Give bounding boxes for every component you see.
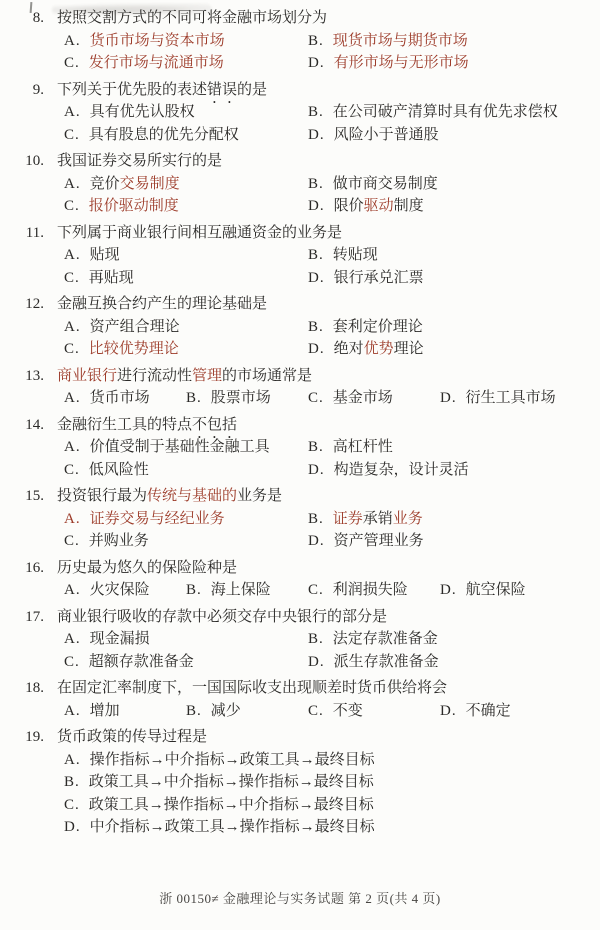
text-run: 进行流动性 (117, 368, 192, 384)
option-D: D.不确定 (440, 700, 511, 723)
option-label: A. (64, 176, 81, 192)
text-run: 传统与基础的 (147, 488, 237, 504)
question-title: 我国证券交易所实行的是 (57, 150, 222, 173)
option-label: D. (308, 654, 325, 670)
question-19: 19.货币政策的传导过程是A.操作指标→中介指标→政策工具→最终目标B.政策工具… (0, 726, 600, 839)
question-title-line: 9.下列关于优先股的表述错误的是 (0, 79, 600, 102)
option-label: A. (64, 582, 81, 598)
text-run: 报价驱动制度 (89, 198, 179, 214)
text-run: 有形市场与无形市场 (334, 55, 469, 71)
option-label: A. (64, 752, 81, 768)
question-title-line: 14.金融衍生工具的特点不包括 (0, 414, 600, 437)
question-9: 9.下列关于优先股的表述错误的是A.具有优先认股权B.在公司破产清算时具有优先求… (0, 79, 600, 147)
option-D: D.派生存款准备金 (308, 651, 439, 674)
footer-text: 浙 00150≠ 金融理论与实务试题 第 2 页(共 4 页) (159, 891, 441, 906)
text-run: 按照交割方式的不同可将金融市场划分为 (57, 10, 327, 26)
text-run: 投资银行最为 (57, 488, 147, 504)
options-line: D.中介指标→政策工具→操作指标→最终目标 (0, 816, 600, 839)
option-C: C.不变 (308, 700, 363, 723)
text-run: 在公司破产清算时具有优先求偿权 (333, 104, 558, 120)
options-line: C.报价驱动制度D.限价驱动制度 (0, 195, 600, 218)
option-C: C.基金市场 (308, 387, 393, 410)
text-run: 理论 (394, 341, 424, 357)
text-run: 货币政策的传导过程是 (57, 729, 207, 745)
option-A: A.贴现 (64, 244, 120, 267)
text-run: 竞价 (90, 176, 120, 192)
option-label: A. (64, 247, 81, 263)
option-C: C.政策工具→操作指标→中介指标→最终目标 (64, 794, 374, 817)
option-label: D. (308, 462, 325, 478)
option-B: B.做市商交易制度 (308, 173, 438, 196)
option-A: A.现金漏损 (64, 628, 150, 651)
options-line: A.资产组合理论B.套利定价理论 (0, 316, 600, 339)
question-title-line: 10.我国证券交易所实行的是 (0, 150, 600, 173)
text-run: 历史最为悠久的保险险种是 (57, 560, 237, 576)
option-label: B. (308, 319, 324, 335)
text-run: 具有优先认股权 (90, 104, 195, 120)
option-D: D.限价驱动制度 (308, 195, 424, 218)
text-run: 火灾保险 (90, 582, 150, 598)
question-title-line: 12.金融互换合约产生的理论基础是 (0, 293, 600, 316)
option-A: A.价值受制于基础性金融工具 (64, 436, 270, 459)
option-label: D. (308, 270, 325, 286)
option-D: D.构造复杂，设计灵活 (308, 459, 469, 482)
options-line: C.比较优势理论D.绝对优势理论 (0, 338, 600, 361)
option-label: B. (186, 703, 202, 719)
question-title-line: 13.商业银行进行流动性管理的市场通常是 (0, 365, 600, 388)
text-run: 低风险性 (89, 462, 149, 478)
text-run: 不确定 (466, 703, 511, 719)
text-run: 利润损失险 (333, 582, 408, 598)
question-title-line: 8.按照交割方式的不同可将金融市场划分为 (0, 7, 600, 30)
option-C: C.比较优势理论 (64, 338, 179, 361)
text-run: 中介指标→政策工具→操作指标→最终目标 (90, 819, 375, 835)
question-title-line: 17.商业银行吸收的存款中必须交存中央银行的部分是 (0, 606, 600, 629)
option-label: C. (64, 462, 80, 478)
option-label: D. (440, 703, 457, 719)
question-title: 历史最为悠久的保险险种是 (57, 557, 237, 580)
text-run: 现金漏损 (90, 631, 150, 647)
options-line: A.货币市场与资本市场B.现货市场与期货市场 (0, 30, 600, 53)
question-number: 14. (0, 414, 44, 437)
question-title: 金融互换合约产生的理论基础是 (57, 293, 267, 316)
option-label: D. (308, 341, 325, 357)
options-line: C.政策工具→操作指标→中介指标→最终目标 (0, 794, 600, 817)
text-run: 不包括 (192, 417, 237, 433)
question-number: 11. (0, 222, 44, 245)
option-D: D.风险小于普通股 (308, 124, 439, 147)
option-C: C.报价驱动制度 (64, 195, 179, 218)
question-number: 10. (0, 150, 44, 173)
question-12: 12.金融互换合约产生的理论基础是A.资产组合理论B.套利定价理论C.比较优势理… (0, 293, 600, 361)
option-label: A. (64, 439, 81, 455)
option-label: C. (64, 654, 80, 670)
option-label: B. (308, 247, 324, 263)
option-label: D. (308, 533, 325, 549)
option-B: B.股票市场 (186, 387, 271, 410)
page-footer: 浙 00150≠ 金融理论与实务试题 第 2 页(共 4 页) (0, 888, 600, 906)
text-run: 资产管理业务 (334, 533, 424, 549)
option-A: A.具有优先认股权 (64, 101, 195, 124)
question-title-line: 11.下列属于商业银行间相互融通资金的业务是 (0, 222, 600, 245)
option-C: C.并购业务 (64, 530, 149, 553)
option-A: A.资产组合理论 (64, 316, 180, 339)
text-run: 下列属于商业银行间相互融通资金的业务是 (57, 225, 342, 241)
text-run: 构造复杂，设计灵活 (334, 462, 469, 478)
text-run: 转贴现 (333, 247, 378, 263)
options-line: C.并购业务D.资产管理业务 (0, 530, 600, 553)
option-label: B. (308, 104, 324, 120)
question-title: 商业银行吸收的存款中必须交存中央银行的部分是 (57, 606, 387, 629)
text-run: 再贴现 (89, 270, 134, 286)
question-11: 11.下列属于商业银行间相互融通资金的业务是A.贴现B.转贴现C.再贴现D.银行… (0, 222, 600, 290)
option-B: B.法定存款准备金 (308, 628, 438, 651)
text-run: 金融互换合约产生的理论基础是 (57, 296, 267, 312)
question-title: 下列属于商业银行间相互融通资金的业务是 (57, 222, 342, 245)
exam-page: 8.按照交割方式的不同可将金融市场划分为A.货币市场与资本市场B.现货市场与期货… (0, 0, 600, 839)
text-run: 衍生工具市场 (466, 390, 556, 406)
text-run: 管理 (192, 368, 222, 384)
option-label: C. (64, 127, 80, 143)
text-run: 制度 (394, 198, 424, 214)
option-label: A. (64, 390, 81, 406)
text-run: 交易制度 (120, 176, 180, 192)
option-A: A.竞价交易制度 (64, 173, 180, 196)
option-label: B. (64, 774, 80, 790)
text-run: 高杠杆性 (333, 439, 393, 455)
option-label: A. (64, 104, 81, 120)
option-label: C. (308, 582, 324, 598)
question-13: 13.商业银行进行流动性管理的市场通常是A.货币市场B.股票市场C.基金市场D.… (0, 365, 600, 410)
option-B: B.在公司破产清算时具有优先求偿权 (308, 101, 558, 124)
question-10: 10.我国证券交易所实行的是A.竞价交易制度B.做市商交易制度C.报价驱动制度D… (0, 150, 600, 218)
option-label: D. (440, 582, 457, 598)
option-label: C. (64, 341, 80, 357)
text-run: 我国证券交易所实行的是 (57, 153, 222, 169)
options-line: A.证券交易与经纪业务B.证券承销业务 (0, 508, 600, 531)
option-label: D. (308, 55, 325, 71)
option-label: C. (64, 533, 80, 549)
text-run: 限价 (334, 198, 364, 214)
option-B: B.现货市场与期货市场 (308, 30, 468, 53)
option-label: B. (308, 33, 324, 49)
option-D: D.中介指标→政策工具→操作指标→最终目标 (64, 816, 375, 839)
option-D: D.绝对优势理论 (308, 338, 424, 361)
question-number: 17. (0, 606, 44, 629)
option-label: A. (64, 631, 81, 647)
text-run: 资产组合理论 (90, 319, 180, 335)
option-A: A.火灾保险 (64, 579, 150, 602)
option-A: A.货币市场 (64, 387, 150, 410)
question-title-line: 19.货币政策的传导过程是 (0, 726, 600, 749)
option-C: C.超额存款准备金 (64, 651, 194, 674)
text-run: 做市商交易制度 (333, 176, 438, 192)
question-number: 13. (0, 365, 44, 388)
options-line: A.现金漏损B.法定存款准备金 (0, 628, 600, 651)
text-run: 风险小于普通股 (334, 127, 439, 143)
text-run: 基金市场 (333, 390, 393, 406)
text-run: 政策工具→中介指标→操作指标→最终目标 (89, 774, 374, 790)
question-title-line: 18.在固定汇率制度下，一国国际收支出现顺差时货币供给将会 (0, 677, 600, 700)
text-run: 的是 (237, 82, 267, 98)
question-8: 8.按照交割方式的不同可将金融市场划分为A.货币市场与资本市场B.现货市场与期货… (0, 7, 600, 75)
text-run: 现货市场与期货市场 (333, 33, 468, 49)
question-16: 16.历史最为悠久的保险险种是A.火灾保险B.海上保险C.利润损失险D.航空保险 (0, 557, 600, 602)
question-title: 按照交割方式的不同可将金融市场划分为 (57, 7, 327, 30)
option-label: C. (308, 703, 324, 719)
question-title-line: 16.历史最为悠久的保险险种是 (0, 557, 600, 580)
option-B: B.转贴现 (308, 244, 378, 267)
text-run: 海上保险 (211, 582, 271, 598)
option-B: B.减少 (186, 700, 241, 723)
options-line: A.贴现B.转贴现 (0, 244, 600, 267)
text-run: 比较优势理论 (89, 341, 179, 357)
option-D: D.银行承兑汇票 (308, 267, 424, 290)
text-run: 超额存款准备金 (89, 654, 194, 670)
text-run: 政策工具→操作指标→中介指标→最终目标 (89, 797, 374, 813)
option-A: A.增加 (64, 700, 120, 723)
option-C: C.发行市场与流通市场 (64, 52, 224, 75)
option-label: B. (186, 390, 202, 406)
option-B: B.证券承销业务 (308, 508, 423, 531)
options-line: B.政策工具→中介指标→操作指标→最终目标 (0, 771, 600, 794)
option-label: D. (64, 819, 81, 835)
text-run: 错误 (207, 82, 237, 98)
question-title-line: 15.投资银行最为传统与基础的业务是 (0, 485, 600, 508)
question-number: 19. (0, 726, 44, 749)
text-run: 承销 (363, 511, 393, 527)
question-title: 货币政策的传导过程是 (57, 726, 207, 749)
options-line: A.货币市场B.股票市场C.基金市场D.衍生工具市场 (0, 387, 600, 410)
text-run: 航空保险 (466, 582, 526, 598)
question-number: 9. (0, 79, 44, 102)
option-label: B. (308, 631, 324, 647)
option-label: B. (308, 176, 324, 192)
text-run: 业务 (393, 511, 423, 527)
question-number: 8. (0, 7, 44, 30)
text-run: 商业银行 (57, 368, 117, 384)
text-run: 优势 (364, 341, 394, 357)
option-label: C. (64, 198, 80, 214)
text-run: 发行市场与流通市场 (89, 55, 224, 71)
option-B: B.套利定价理论 (308, 316, 423, 339)
option-C: C.利润损失险 (308, 579, 408, 602)
option-A: A.证券交易与经纪业务 (64, 508, 225, 531)
option-D: D.衍生工具市场 (440, 387, 556, 410)
option-D: D.航空保险 (440, 579, 526, 602)
text-run: 操作指标→中介指标→政策工具→最终目标 (90, 752, 375, 768)
options-line: A.火灾保险B.海上保险C.利润损失险D.航空保险 (0, 579, 600, 602)
question-list: 8.按照交割方式的不同可将金融市场划分为A.货币市场与资本市场B.现货市场与期货… (0, 7, 600, 839)
option-D: D.资产管理业务 (308, 530, 424, 553)
question-15: 15.投资银行最为传统与基础的业务是A.证券交易与经纪业务B.证券承销业务C.并… (0, 485, 600, 553)
option-label: A. (64, 703, 81, 719)
options-line: A.价值受制于基础性金融工具B.高杠杆性 (0, 436, 600, 459)
option-C: C.再贴现 (64, 267, 134, 290)
options-line: C.发行市场与流通市场D.有形市场与无形市场 (0, 52, 600, 75)
text-run: 绝对 (334, 341, 364, 357)
option-B: B.政策工具→中介指标→操作指标→最终目标 (64, 771, 374, 794)
text-run: 证券 (333, 511, 363, 527)
question-title: 商业银行进行流动性管理的市场通常是 (57, 365, 312, 388)
option-label: D. (308, 127, 325, 143)
text-run: 价值受制于基础性金融工具 (90, 439, 270, 455)
question-number: 16. (0, 557, 44, 580)
text-run: 商业银行吸收的存款中必须交存中央银行的部分是 (57, 609, 387, 625)
option-label: D. (440, 390, 457, 406)
text-run: 驱动 (364, 198, 394, 214)
question-number: 15. (0, 485, 44, 508)
text-run: 的市场通常是 (222, 368, 312, 384)
option-label: B. (308, 511, 324, 527)
option-C: C.低风险性 (64, 459, 149, 482)
text-run: 贴现 (90, 247, 120, 263)
option-label: A. (64, 511, 81, 527)
options-line: A.具有优先认股权B.在公司破产清算时具有优先求偿权 (0, 101, 600, 124)
question-14: 14.金融衍生工具的特点不包括A.价值受制于基础性金融工具B.高杠杆性C.低风险… (0, 414, 600, 482)
text-run: 证券交易与经纪业务 (90, 511, 225, 527)
question-title: 投资银行最为传统与基础的业务是 (57, 485, 282, 508)
option-label: C. (64, 270, 80, 286)
option-label: C. (64, 797, 80, 813)
options-line: C.具有股息的优先分配权D.风险小于普通股 (0, 124, 600, 147)
text-run: 套利定价理论 (333, 319, 423, 335)
option-label: C. (64, 55, 80, 71)
options-line: A.增加B.减少C.不变D.不确定 (0, 700, 600, 723)
text-run: 业务是 (237, 488, 282, 504)
option-label: A. (64, 319, 81, 335)
text-run: 减少 (211, 703, 241, 719)
question-number: 18. (0, 677, 44, 700)
text-run: 下列关于优先股的表述 (57, 82, 207, 98)
option-B: B.海上保险 (186, 579, 271, 602)
options-line: C.再贴现D.银行承兑汇票 (0, 267, 600, 290)
option-A: A.货币市场与资本市场 (64, 30, 225, 53)
text-run: 货币市场与资本市场 (90, 33, 225, 49)
text-run: 银行承兑汇票 (334, 270, 424, 286)
options-line: C.超额存款准备金D.派生存款准备金 (0, 651, 600, 674)
question-number: 12. (0, 293, 44, 316)
option-B: B.高杠杆性 (308, 436, 393, 459)
option-label: C. (308, 390, 324, 406)
options-line: C.低风险性D.构造复杂，设计灵活 (0, 459, 600, 482)
text-run: 增加 (90, 703, 120, 719)
option-label: D. (308, 198, 325, 214)
text-run: 并购业务 (89, 533, 149, 549)
text-run: 股票市场 (211, 390, 271, 406)
option-D: D.有形市场与无形市场 (308, 52, 469, 75)
text-run: 货币市场 (90, 390, 150, 406)
text-run: 派生存款准备金 (334, 654, 439, 670)
option-A: A.操作指标→中介指标→政策工具→最终目标 (64, 749, 375, 772)
options-line: A.操作指标→中介指标→政策工具→最终目标 (0, 749, 600, 772)
text-run: 在固定汇率制度下，一国国际收支出现顺差时货币供给将会 (57, 680, 447, 696)
option-C: C.具有股息的优先分配权 (64, 124, 239, 147)
options-line: A.竞价交易制度B.做市商交易制度 (0, 173, 600, 196)
question-18: 18.在固定汇率制度下，一国国际收支出现顺差时货币供给将会A.增加B.减少C.不… (0, 677, 600, 722)
question-title: 在固定汇率制度下，一国国际收支出现顺差时货币供给将会 (57, 677, 447, 700)
text-run: 法定存款准备金 (333, 631, 438, 647)
option-label: B. (308, 439, 324, 455)
option-label: A. (64, 33, 81, 49)
text-run: 金融衍生工具的特点 (57, 417, 192, 433)
text-run: 不变 (333, 703, 363, 719)
text-run: 具有股息的优先分配权 (89, 127, 239, 143)
question-17: 17.商业银行吸收的存款中必须交存中央银行的部分是A.现金漏损B.法定存款准备金… (0, 606, 600, 674)
option-label: B. (186, 582, 202, 598)
